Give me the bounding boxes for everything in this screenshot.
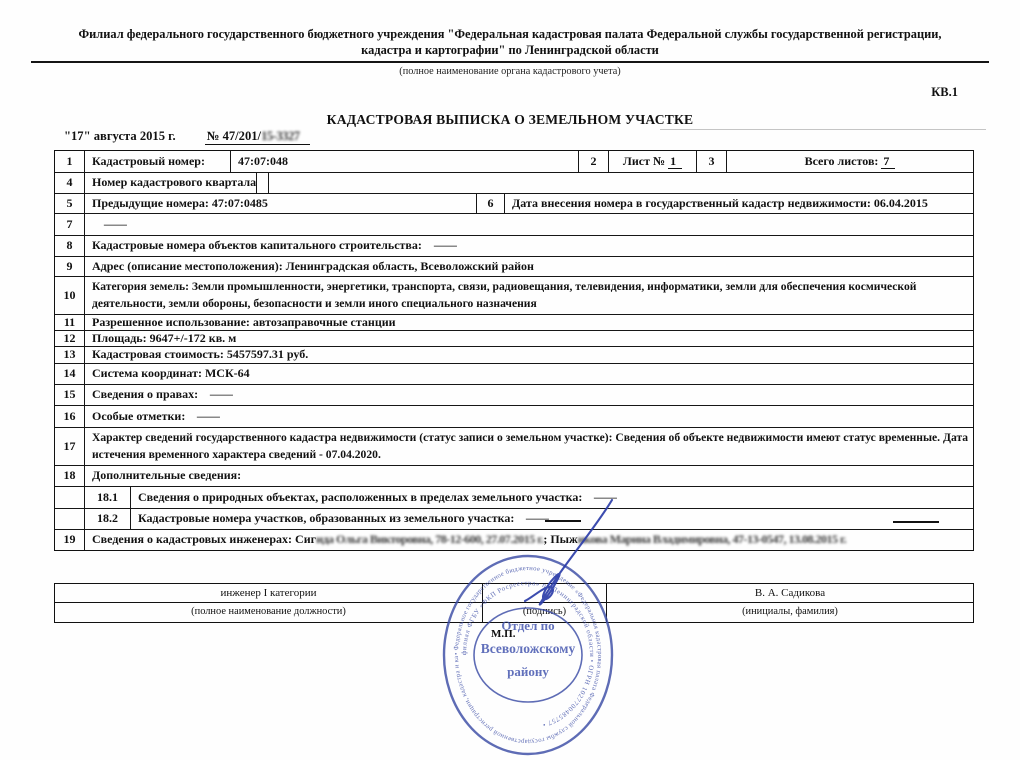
- org-name-caption: (полное наименование органа кадастрового…: [0, 66, 1020, 77]
- additional-info-header: Дополнительные сведения:: [85, 466, 973, 486]
- table-row-19: 19 Сведения о кадастровых инженерах: Сиг…: [55, 530, 973, 550]
- table-row-8: 8 Кадастровые номера объектов капитально…: [55, 236, 973, 257]
- row-number: 18: [55, 466, 85, 486]
- document-number: № 47/201/15-3327: [205, 129, 310, 145]
- table-row-18-1: 18.1 Сведения о природных объектах, расп…: [55, 487, 973, 509]
- row-number: 7: [55, 214, 85, 235]
- row-number: 19: [55, 530, 85, 550]
- row-label: Кадастровый номер:: [85, 151, 231, 172]
- sheet-number-value: 1: [668, 154, 682, 169]
- row-number: 14: [55, 364, 85, 384]
- redaction-line: [893, 521, 939, 523]
- capital-objects: Кадастровые номера объектов капитального…: [85, 236, 973, 256]
- empty-dash: —: [104, 214, 127, 234]
- row-number: 16: [55, 406, 85, 427]
- row-number: 15: [55, 385, 85, 405]
- derived-parcels: Кадастровые номера участков, образованны…: [131, 509, 973, 529]
- special-marks: Особые отметки:—: [85, 406, 973, 427]
- table-row-9: 9 Адрес (описание местоположения): Ленин…: [55, 257, 973, 277]
- cadastral-engineers: Сведения о кадастровых инженерах: Сигида…: [85, 530, 973, 550]
- stamp-center-line2: Всеволожскому: [481, 641, 576, 656]
- document-number-blurred: 15-3327: [261, 129, 299, 143]
- table-row-1: 1 Кадастровый номер: 47:07:048 2 Лист № …: [55, 151, 973, 173]
- row-number: 6: [477, 194, 505, 213]
- spacer-cell: [55, 509, 85, 529]
- signature-area: [483, 584, 607, 602]
- cadastral-extract-page: Филиал федерального государственного бюд…: [0, 0, 1020, 760]
- row-number: 13: [55, 347, 85, 363]
- form-code: КВ.1: [0, 85, 958, 100]
- header-divider: [31, 61, 989, 63]
- natural-objects: Сведения о природных объектах, расположе…: [131, 487, 973, 508]
- row-number: 17: [55, 428, 85, 465]
- row-number: 2: [579, 151, 609, 172]
- land-category: Категория земель: Земли промышленности, …: [85, 277, 973, 314]
- total-sheets-value: 7: [881, 154, 895, 169]
- row-number: 18.2: [85, 509, 131, 529]
- table-row-16: 16 Особые отметки:—: [55, 406, 973, 428]
- signature-table: инженер I категории В. А. Садикова (полн…: [54, 583, 974, 623]
- main-table: 1 Кадастровый номер: 47:07:048 2 Лист № …: [54, 150, 974, 551]
- table-row-11: 11 Разрешенное использование: автозаправ…: [55, 315, 973, 331]
- scan-artifact-line: [660, 129, 986, 130]
- org-name: Филиал федерального государственного бюд…: [65, 26, 955, 58]
- row-number: 1: [55, 151, 85, 172]
- row-number: 3: [697, 151, 727, 172]
- table-row-5: 5 Предыдущие номера: 47:07:0485 6 Дата в…: [55, 194, 973, 214]
- spacer-cell: [55, 487, 85, 508]
- table-row-15: 15 Сведения о правах:—: [55, 385, 973, 406]
- redaction-line: [545, 520, 581, 522]
- row-number: 12: [55, 331, 85, 346]
- engineer-2-blurred: икова Марина Владимировна, 47-13-0547, 1…: [578, 532, 846, 546]
- coordinate-system: Система координат: МСК-64: [85, 364, 973, 384]
- address: Адрес (описание местоположения): Ленингр…: [85, 257, 973, 276]
- empty-dash: —: [210, 385, 233, 404]
- row-number: 18.1: [85, 487, 131, 508]
- cadastral-value: Кадастровая стоимость: 5457597.31 руб.: [85, 347, 973, 363]
- stamp-place-label: М.П.: [491, 628, 515, 640]
- row-number: 11: [55, 315, 85, 330]
- table-row-18-2: 18.2 Кадастровые номера участков, образо…: [55, 509, 973, 530]
- position-caption: (полное наименование должности): [55, 603, 483, 622]
- rights-info: Сведения о правах:—: [85, 385, 973, 405]
- row-number: 10: [55, 277, 85, 314]
- page-title: КАДАСТРОВАЯ ВЫПИСКА О ЗЕМЕЛЬНОМ УЧАСТКЕ: [0, 112, 1020, 128]
- empty-cell: [269, 173, 973, 193]
- name-value: В. А. Садикова: [607, 584, 973, 602]
- name-caption: (инициалы, фамилия): [607, 603, 973, 622]
- row-number: 5: [55, 194, 85, 213]
- table-row-17: 17 Характер сведений государственного ка…: [55, 428, 973, 466]
- permitted-use: Разрешенное использование: автозаправочн…: [85, 315, 973, 330]
- sheet-number-cell: Лист № 1: [609, 151, 697, 172]
- row-number: 9: [55, 257, 85, 276]
- cadastral-number-value: 47:07:048: [231, 151, 579, 172]
- issue-date: "17" августа 2015 г.: [64, 129, 176, 143]
- table-row-13: 13 Кадастровая стоимость: 5457597.31 руб…: [55, 347, 973, 364]
- position-value: инженер I категории: [55, 584, 483, 602]
- table-row-4: 4 Номер кадастрового квартала:: [55, 173, 973, 194]
- area-value: Площадь: 9647+/-172 кв. м: [85, 331, 973, 346]
- table-row-18: 18 Дополнительные сведения:: [55, 466, 973, 487]
- redacted-cell: [257, 173, 269, 193]
- table-row-12: 12 Площадь: 9647+/-172 кв. м: [55, 331, 973, 347]
- previous-numbers: Предыдущие номера: 47:07:0485: [85, 194, 477, 213]
- sign-caption: (подпись): [483, 603, 607, 622]
- empty-dash: —: [594, 487, 617, 507]
- stamp-center-line3: району: [507, 664, 549, 679]
- table-row-14: 14 Система координат: МСК-64: [55, 364, 973, 385]
- signature-row-values: инженер I категории В. А. Садикова: [55, 584, 973, 603]
- empty-dash: —: [526, 509, 549, 528]
- empty-dash: —: [434, 236, 457, 255]
- issue-date-line: "17" августа 2015 г. № 47/201/15-3327: [64, 129, 310, 144]
- table-row-7: 7 —: [55, 214, 973, 236]
- total-sheets-cell: Всего листов: 7: [727, 151, 973, 172]
- row-value: —: [85, 214, 973, 235]
- row-label: Номер кадастрового квартала:: [85, 173, 257, 193]
- signature-row-captions: (полное наименование должности) (подпись…: [55, 603, 973, 622]
- engineer-1-blurred: ида Ольга Викторовна, 78-12-600, 27.07.2…: [316, 532, 543, 546]
- registry-entry-date: Дата внесения номера в государственный к…: [505, 194, 973, 213]
- row-number: 8: [55, 236, 85, 256]
- record-status: Характер сведений государственного кадас…: [85, 428, 973, 465]
- row-number: 4: [55, 173, 85, 193]
- table-row-10: 10 Категория земель: Земли промышленност…: [55, 277, 973, 315]
- empty-dash: —: [197, 406, 220, 426]
